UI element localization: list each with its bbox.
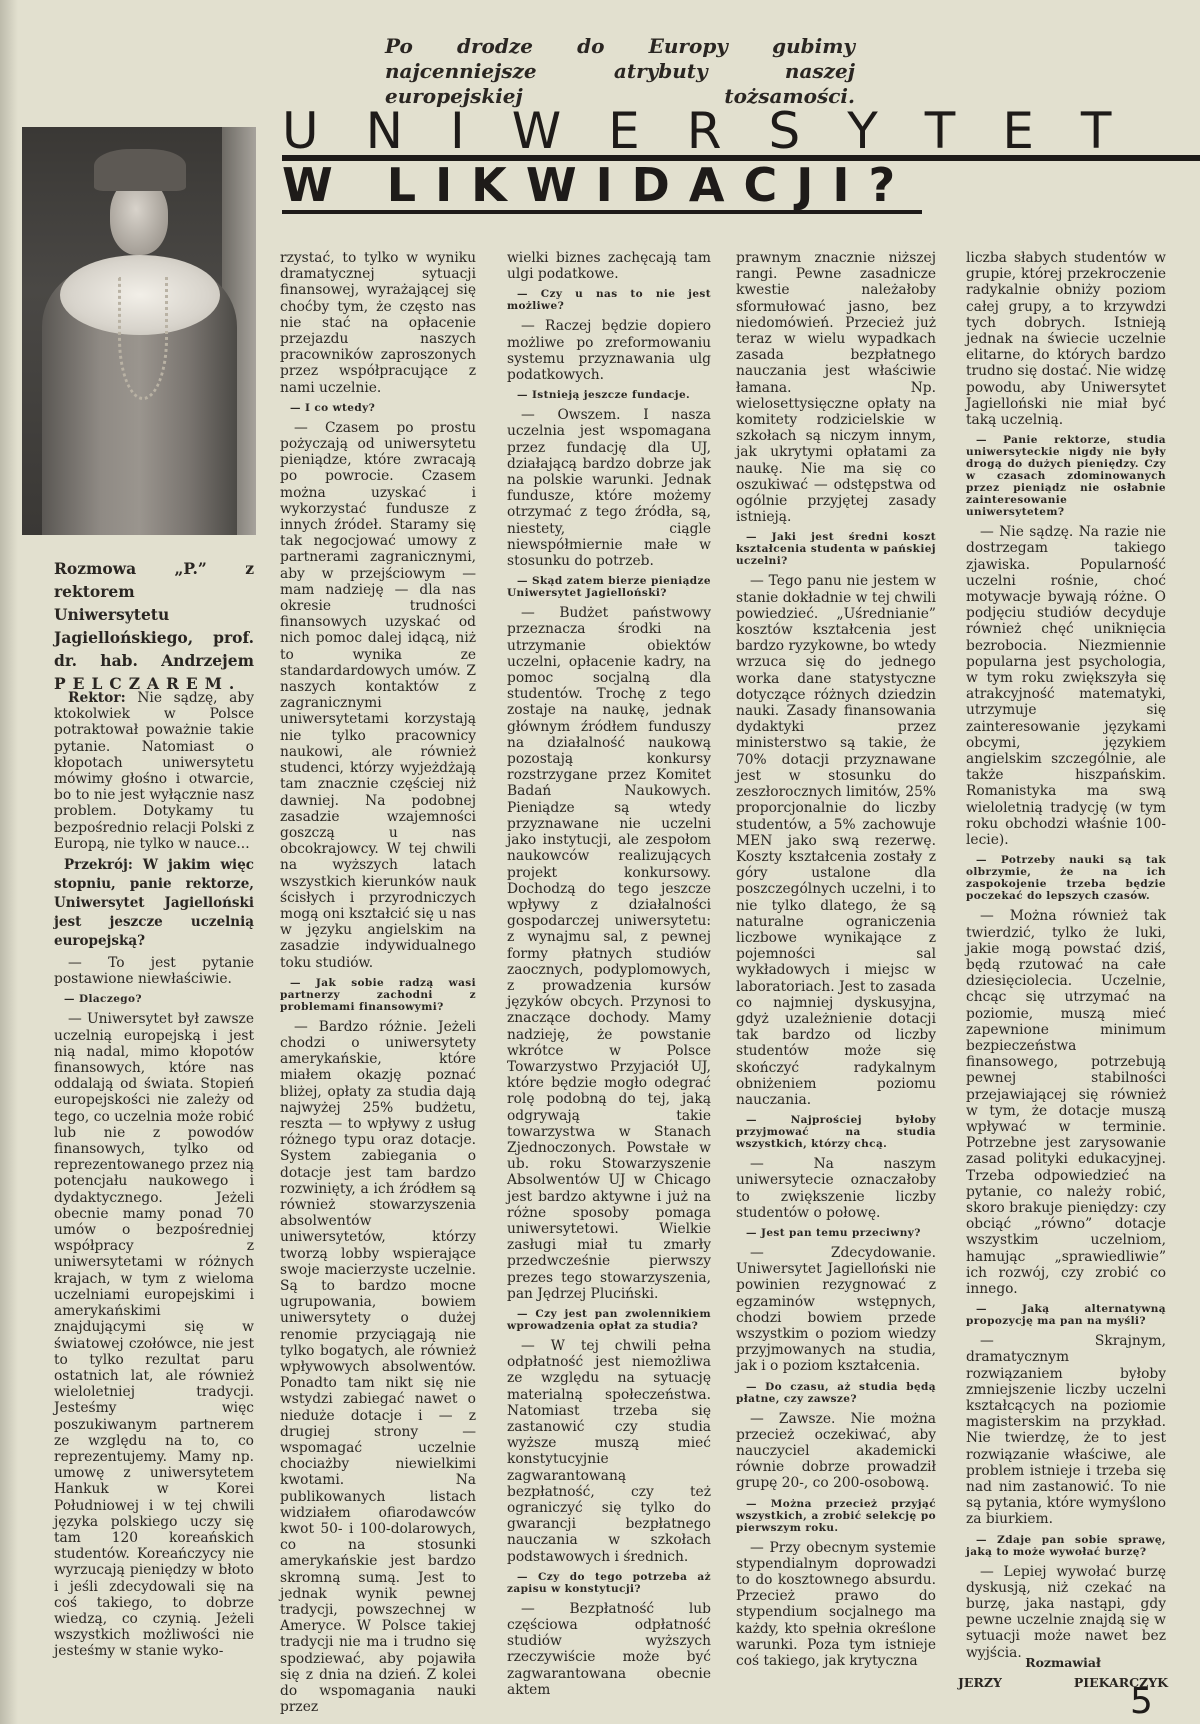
continued-paragraph: rzystać, to tylko w wyniku dramatycznej … <box>280 250 476 396</box>
interviewer-question: — Jest pan temu przeciwny? <box>736 1227 936 1239</box>
answer-paragraph: — Przy obecnym systemie stypendialnym do… <box>736 1540 936 1670</box>
answer-paragraph: — Czasem po prostu pożyczają od uniwersy… <box>280 420 476 971</box>
answer-paragraph: — Uniwersytet był zawsze uczelnią europe… <box>54 1011 254 1659</box>
answer-paragraph: — Tego panu nie jestem w stanie dokładni… <box>736 573 936 1108</box>
headline-underline <box>282 210 922 214</box>
answer-paragraph: — To jest pytanie postawione niewłaściwi… <box>54 955 254 987</box>
interviewer-question: — Czy u nas to nie jest możliwe? <box>507 288 711 312</box>
interviewer-question: — Najprościej byłoby przyjmować na studi… <box>736 1114 936 1150</box>
lead-text: Nie sądzę, aby ktokolwiek w Polsce potra… <box>54 690 254 852</box>
headline-line-1: UNIWERSYTET <box>282 106 1182 156</box>
interview-intro: Rozmowa „P.” z rektorem Uniwersytetu Jag… <box>54 557 254 695</box>
column-2: rzystać, to tylko w wyniku dramatycznej … <box>280 250 476 1718</box>
answer-paragraph: Rektor: Nie sądzę, aby ktokolwiek w Pols… <box>54 690 254 852</box>
answer-paragraph: — Zdecydowanie. Uniwersytet Jagielloński… <box>736 1245 936 1375</box>
answer-paragraph: — Zawsze. Nie można przecież oczekiwać, … <box>736 1411 936 1492</box>
interviewer-question: — Czy do tego potrzeba aż zapisu w konst… <box>507 1571 711 1595</box>
interviewer-question: — Potrzeby nauki są tak olbrzymie, że na… <box>966 854 1166 902</box>
interviewer-question: — Zdaje pan sobie sprawę, jaką to może w… <box>966 1534 1166 1558</box>
answer-paragraph: — Bezpłatność lub częściowa odpłatność s… <box>507 1601 711 1698</box>
page-edge-shadow <box>0 0 18 1724</box>
interviewer-question: — Jaki jest średni koszt kształcenia stu… <box>736 531 936 567</box>
interviewer-question: — Panie rektorze, studia uniwersyteckie … <box>966 434 1166 518</box>
answer-paragraph: — Raczej będzie dopiero możliwe po zrefo… <box>507 318 711 383</box>
column-3: wielki biznes zachęcają tam ulgi podatko… <box>507 250 711 1701</box>
answer-paragraph: — Lepiej wywołać burzę dyskusją, niż cze… <box>966 1564 1166 1661</box>
magazine-page: Po drodze do Europy gubimy najcenniejsze… <box>0 0 1200 1724</box>
interviewer-question: — I co wtedy? <box>280 402 476 414</box>
intro-text: Rozmowa „P.” z rektorem Uniwersytetu Jag… <box>54 559 254 670</box>
rector-chain <box>118 277 168 400</box>
answer-paragraph: — Na naszym uniwersytecie oznaczałoby to… <box>736 1156 936 1221</box>
answer-paragraph: — Owszem. I nasza uczelnia jest wspomaga… <box>507 407 711 569</box>
continued-paragraph: prawnym znacznie niższej rangi. Pewne za… <box>736 250 936 525</box>
interviewer-question: — Jak sobie radzą wasi partnerzy zachodn… <box>280 977 476 1013</box>
headline-line-2: W LIKWIDACJI? <box>282 161 942 207</box>
answer-paragraph: — W tej chwili pełna odpłatność jest nie… <box>507 1338 711 1565</box>
answer-paragraph: — Bardzo różnie. Jeżeli chodzi o uniwers… <box>280 1019 476 1716</box>
rector-portrait-photo <box>22 127 256 535</box>
column-1: Rektor: Nie sądzę, aby ktokolwiek w Pols… <box>54 690 254 1663</box>
column-4: prawnym znacznie niższej rangi. Pewne za… <box>736 250 936 1672</box>
interviewer-question: — Jaką alternatywną propozycję ma pan na… <box>966 1303 1166 1327</box>
interviewer-question: — Dlaczego? <box>54 993 254 1005</box>
answer-paragraph: — Nie sądzę. Na razie nie dostrzegam tak… <box>966 524 1166 848</box>
interviewer-question: — Do czasu, aż studia będą płatne, czy z… <box>736 1381 936 1405</box>
interviewer-question: — Można przecież przyjąć wszystkich, a z… <box>736 1498 936 1534</box>
interviewer-question: — Czy jest pan zwolennikiem wprowadzenia… <box>507 1308 711 1332</box>
byline-first-name: JERZY <box>958 1673 1002 1693</box>
interviewer-question: Przekrój: W jakim więc stopniu, panie re… <box>54 856 254 951</box>
speaker-label: Rektor: <box>68 690 126 706</box>
academic-cap <box>94 149 186 191</box>
continued-paragraph: wielki biznes zachęcają tam ulgi podatko… <box>507 250 711 282</box>
interviewer-question: — Skąd zatem bierze pieniądze Uniwersyte… <box>507 575 711 599</box>
page-number: 5 <box>1130 1684 1153 1720</box>
interviewer-question: — Istnieją jeszcze fundacje. <box>507 389 711 401</box>
byline-last-name: PIEKARCZYK <box>1074 1673 1168 1693</box>
continued-paragraph: liczba słabych studentów w grupie, które… <box>966 250 1166 428</box>
answer-paragraph: — Skrajnym, dramatycznym rozwiązaniem by… <box>966 1333 1166 1527</box>
answer-paragraph: — Można również tak twierdzić, tylko że … <box>966 908 1166 1297</box>
lede-text: Po drodze do Europy gubimy najcenniejsze… <box>385 34 855 109</box>
answer-paragraph: — Budżet państwowy przeznacza środki na … <box>507 605 711 1302</box>
column-5: liczba słabych studentów w grupie, które… <box>966 250 1166 1664</box>
byline-label: Rozmawiał <box>958 1653 1168 1673</box>
